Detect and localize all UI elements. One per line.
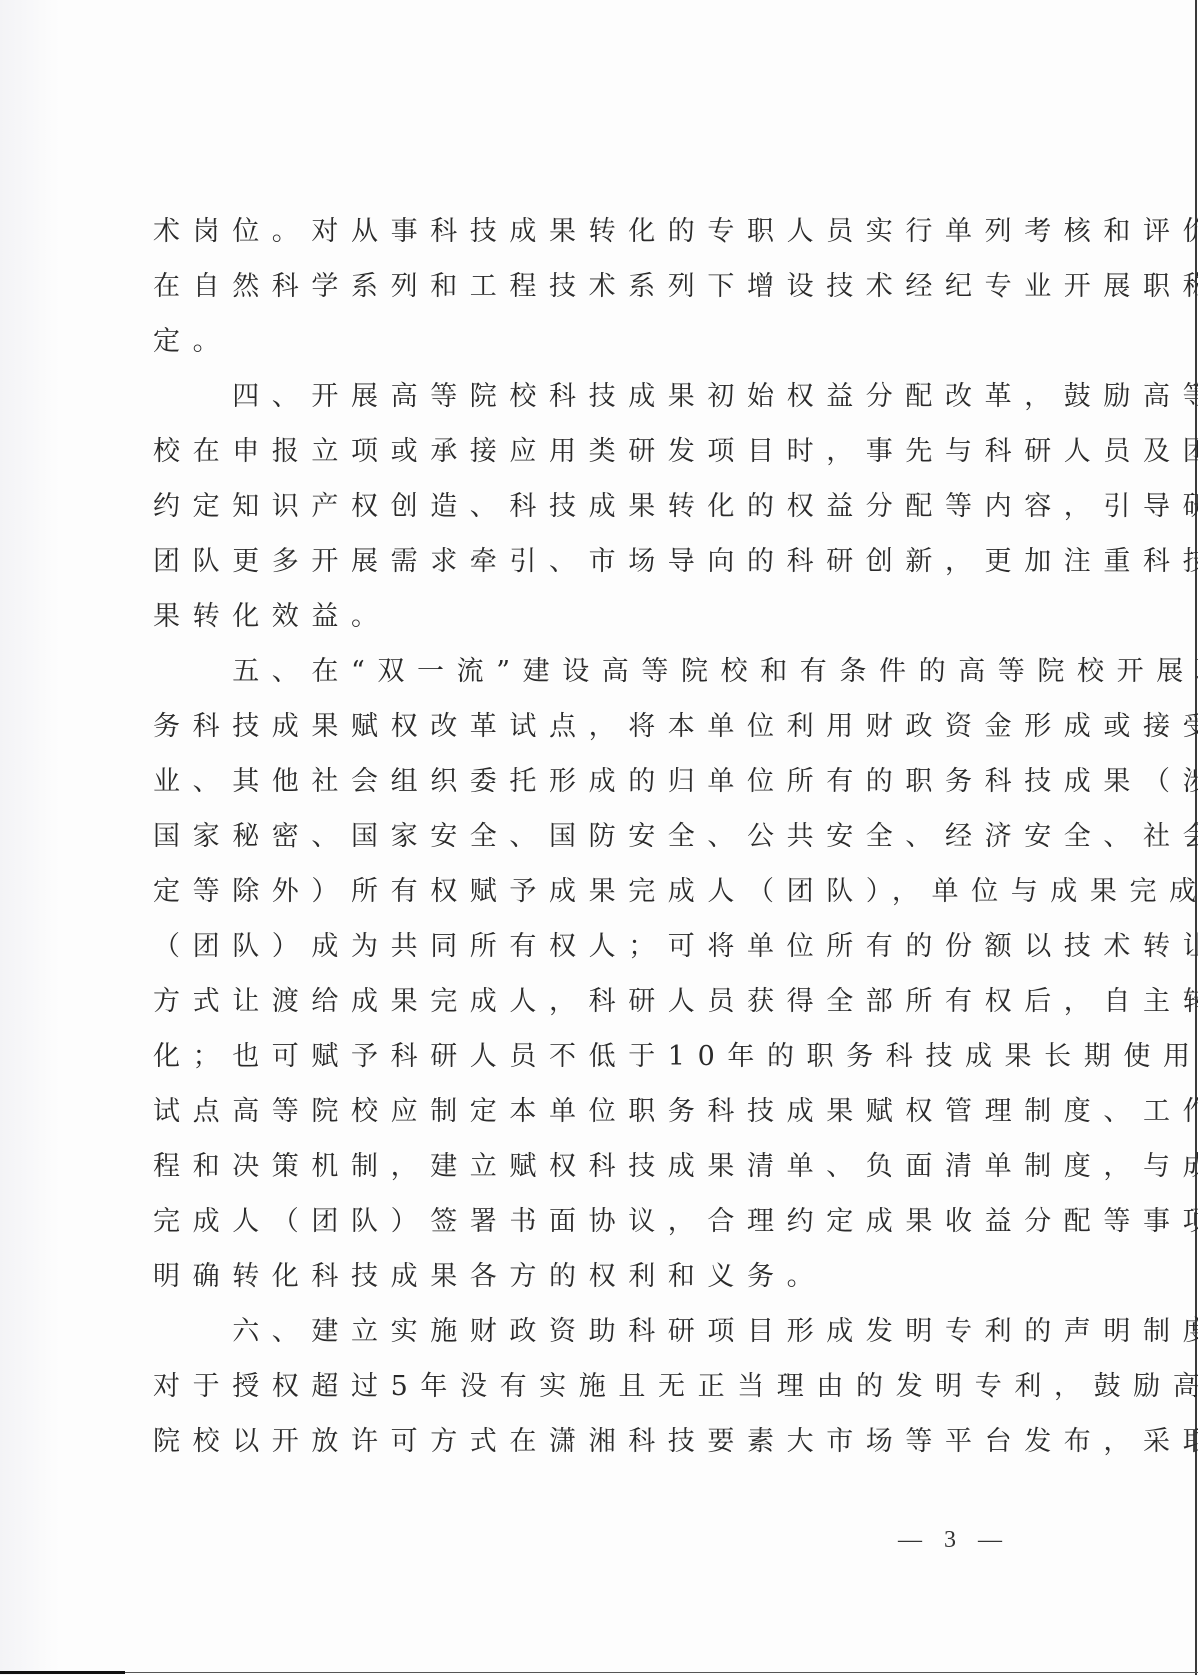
text-line: 明确转化科技成果各方的权利和义务。	[153, 1256, 1053, 1311]
text-line: 对于授权超过5年没有实施且无正当理由的发明专利，鼓励高等	[153, 1366, 1053, 1421]
text-line: 在自然科学系列和工程技术系列下增设技术经纪专业开展职称评	[153, 266, 1053, 321]
scan-shadow	[0, 0, 60, 1675]
text-line: 果转化效益。	[153, 596, 1053, 651]
text-line: 约定知识产权创造、科技成果转化的权益分配等内容，引导研发	[153, 486, 1053, 541]
page-number: — 3 —	[898, 1527, 1010, 1554]
text-line: 术岗位。对从事科技成果转化的专职人员实行单列考核和评价，	[153, 211, 1053, 266]
text-line: 院校以开放许可方式在潇湘科技要素大市场等平台发布，采取	[153, 1421, 1053, 1476]
text-line: 定等除外）所有权赋予成果完成人（团队），单位与成果完成人	[153, 871, 1053, 926]
text-line: 国家秘密、国家安全、国防安全、公共安全、经济安全、社会稳	[153, 816, 1053, 871]
text-line: 试点高等院校应制定本单位职务科技成果赋权管理制度、工作流	[153, 1091, 1053, 1146]
scan-edge-bottom	[0, 1672, 1198, 1673]
text-line: 务科技成果赋权改革试点，将本单位利用财政资金形成或接受企	[153, 706, 1053, 761]
text-line: （团队）成为共同所有权人；可将单位所有的份额以技术转让的	[153, 926, 1053, 981]
section-five-heading-line: 五、在“双一流”建设高等院校和有条件的高等院校开展职	[153, 651, 1053, 706]
scan-edge-bottom-mark	[0, 1671, 125, 1674]
text-line: 定。	[153, 321, 1053, 376]
text-line: 校在申报立项或承接应用类研发项目时，事先与科研人员及团队	[153, 431, 1053, 486]
document-page: 术岗位。对从事科技成果转化的专职人员实行单列考核和评价， 在自然科学系列和工程技…	[0, 0, 1198, 1675]
text-line: 完成人（团队）签署书面协议，合理约定成果收益分配等事项，	[153, 1201, 1053, 1256]
document-body: 术岗位。对从事科技成果转化的专职人员实行单列考核和评价， 在自然科学系列和工程技…	[153, 211, 1053, 1476]
text-line: 化；也可赋予科研人员不低于10年的职务科技成果长期使用权。	[153, 1036, 1053, 1091]
text-line: 方式让渡给成果完成人，科研人员获得全部所有权后，自主转	[153, 981, 1053, 1036]
text-line: 团队更多开展需求牵引、市场导向的科研创新，更加注重科技成	[153, 541, 1053, 596]
section-four-heading-line: 四、开展高等院校科技成果初始权益分配改革，鼓励高等院	[153, 376, 1053, 431]
section-six-heading-line: 六、建立实施财政资助科研项目形成发明专利的声明制度，	[153, 1311, 1053, 1366]
text-line: 业、其他社会组织委托形成的归单位所有的职务科技成果（涉及	[153, 761, 1053, 816]
text-line: 程和决策机制，建立赋权科技成果清单、负面清单制度，与成果	[153, 1146, 1053, 1201]
